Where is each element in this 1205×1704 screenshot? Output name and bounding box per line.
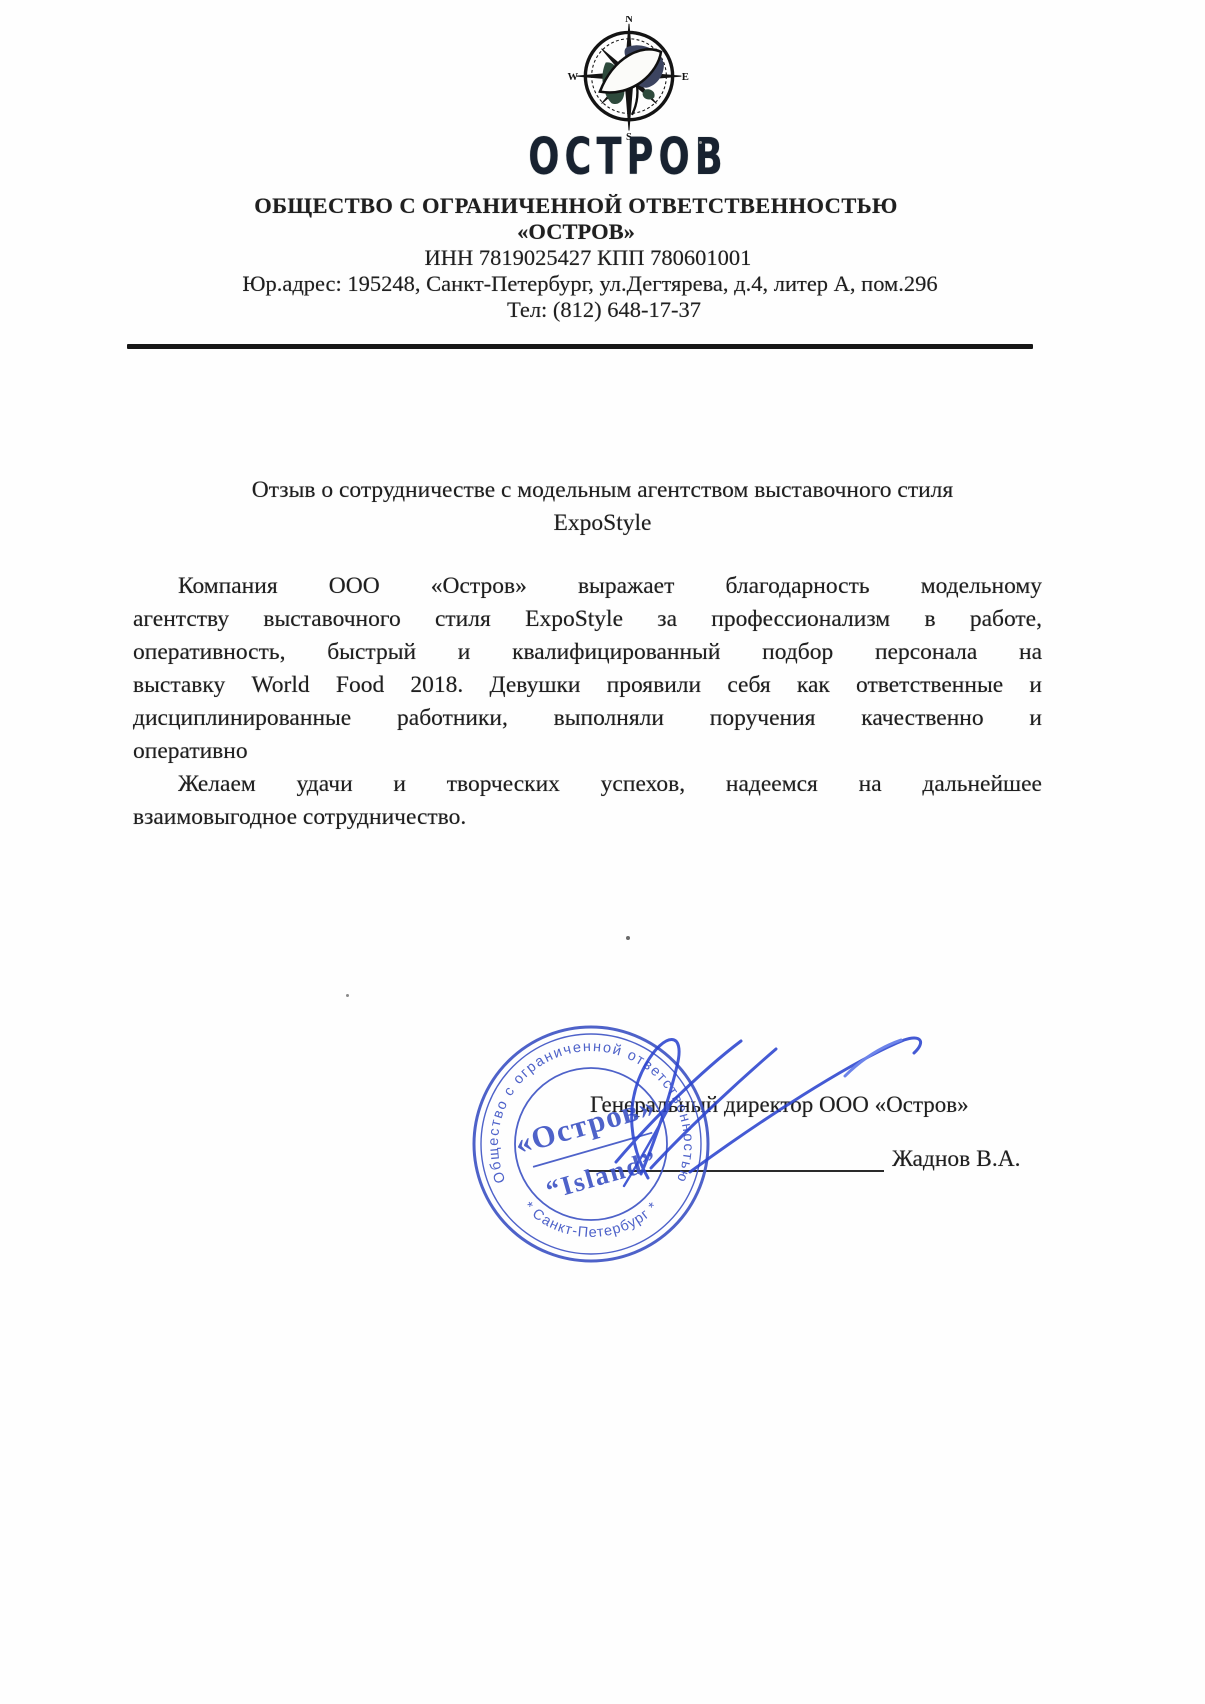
p1-line: оперативно [133,735,1042,768]
p1-line: выставку World Food 2018. Девушки прояви… [133,669,1042,702]
compass-letter-e: E [682,72,689,83]
p1-line: оперативность, быстрый и квалифицированн… [133,636,1042,669]
letter-title: Отзыв о сотрудничестве с модельным агент… [148,474,1057,540]
company-full-name: ОБЩЕСТВО С ОГРАНИЧЕННОЙ ОТВЕТСТВЕННОСТЬЮ [0,193,1166,219]
scan-speck [699,141,702,144]
letter-title-line2: ExpoStyle [148,507,1057,540]
scan-speck [626,936,630,940]
company-short-name: «ОСТРОВ» [0,219,1166,245]
compass-letter-w: W [567,72,578,83]
signature-stroke [632,1040,679,1179]
p1-line: агентству выставочного стиля ExpoStyle з… [133,603,1042,636]
letter-title-line1: Отзыв о сотрудничестве с модельным агент… [148,474,1057,507]
scanned-letter-page: N W E S ОСТРОВ ОБЩЕСТВО С ОГРАНИЧЕННОЙ О… [0,0,1205,1704]
inn-kpp-line: ИНН 7819025427 КПП 780601001 [0,245,1178,271]
letterhead-divider [127,344,1033,349]
p1-line: Компания ООО «Остров» выражает благодарн… [133,570,1042,603]
p1-line: дисциплинированные работники, выполняли … [133,702,1042,735]
p2-line: взаимовыгодное сотрудничество. [133,801,1042,834]
compass-logo-icon: N W E S [565,16,693,144]
paragraph-2: Желаем удачи и творческих успехов, надее… [133,768,1042,834]
scan-speck [346,994,349,997]
handwritten-signature [560,1000,980,1220]
signature-stroke [690,1038,921,1172]
legal-address-line: Юр.адрес: 195248, Санкт-Петербург, ул.Де… [0,271,1180,297]
phone-line: Тел: (812) 648-17-37 [14,297,1194,323]
p2-line: Желаем удачи и творческих успехов, надее… [133,768,1042,801]
compass-letter-n: N [625,16,633,25]
logo-wordmark: ОСТРОВ [176,128,1080,187]
paragraph-1: Компания ООО «Остров» выражает благодарн… [133,570,1042,768]
letterhead: ОБЩЕСТВО С ОГРАНИЧЕННОЙ ОТВЕТСТВЕННОСТЬЮ… [0,193,1180,323]
